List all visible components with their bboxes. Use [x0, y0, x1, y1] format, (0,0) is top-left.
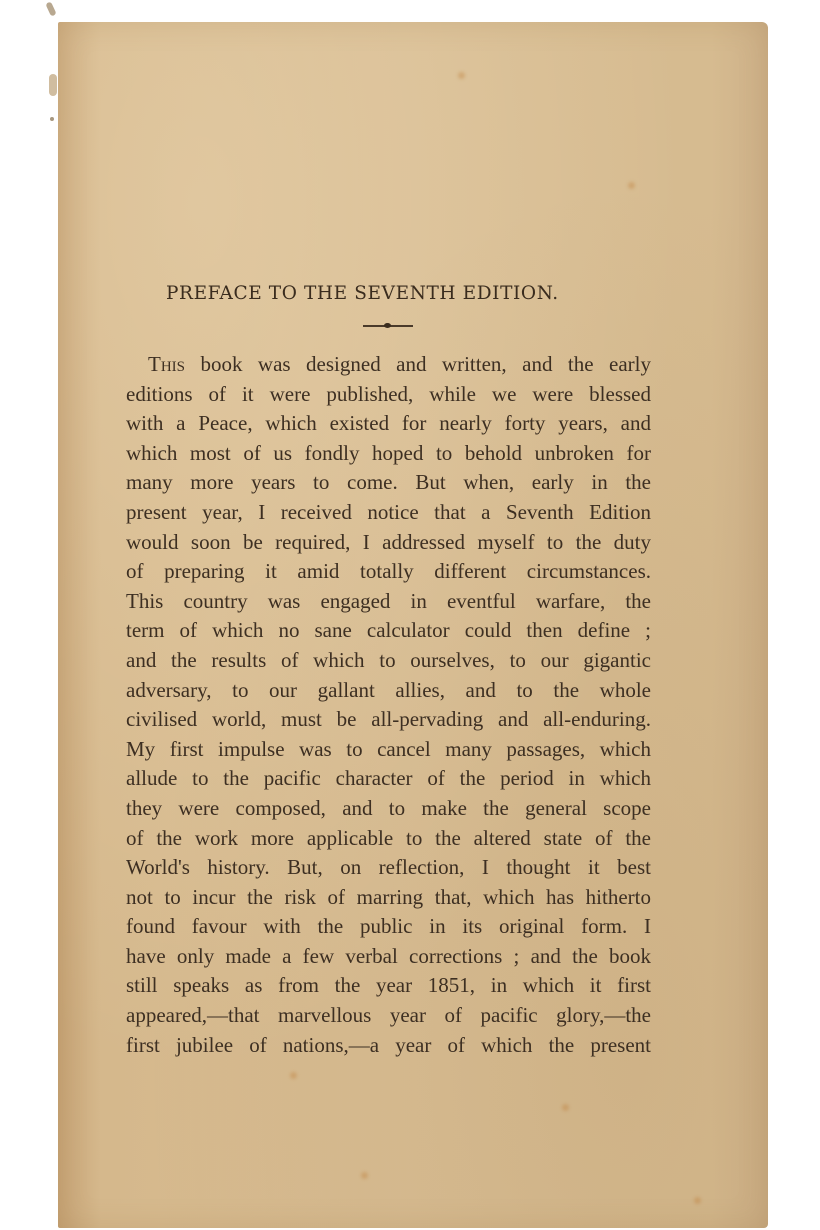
debris-speck [50, 117, 54, 121]
title-ornament-rule [363, 323, 413, 329]
foxing-spot [361, 1172, 368, 1179]
text-line: still speaks as from the year 1851, in w… [126, 971, 651, 1001]
text-line: of the work more applicable to the alter… [126, 824, 651, 854]
text-line: first jubilee of nations,—a year of whic… [126, 1031, 651, 1061]
foxing-spot [562, 1104, 569, 1111]
text-line: with a Peace, which existed for nearly f… [126, 409, 651, 439]
drop-word: This [148, 352, 185, 376]
text-line: civilised world, must be all-pervading a… [126, 705, 651, 735]
debris-speck [45, 1, 56, 16]
foxing-spot [290, 1072, 297, 1079]
text-line: editions of it were published, while we … [126, 380, 651, 410]
text-line: present year, I received notice that a S… [126, 498, 651, 528]
text-line: This book was designed and written, and … [126, 350, 651, 380]
text-line: World's history. But, on reflection, I t… [126, 853, 651, 883]
text-line: many more years to come. But when, early… [126, 468, 651, 498]
text-line: of preparing it amid totally different c… [126, 557, 651, 587]
foxing-spot [628, 182, 635, 189]
text-line: My first impulse was to cancel many pass… [126, 735, 651, 765]
page-title: PREFACE TO THE SEVENTH EDITION. [166, 283, 622, 304]
text-line: would soon be required, I addressed myse… [126, 528, 651, 558]
debris-speck [49, 74, 57, 96]
text-line: allude to the pacific character of the p… [126, 764, 651, 794]
text-line: appeared,—that marvellous year of pacifi… [126, 1001, 651, 1031]
text-line: not to incur the risk of marring that, w… [126, 883, 651, 913]
scanned-book-page-scene: PREFACE TO THE SEVENTH EDITION. This boo… [0, 0, 820, 1230]
text-line: This country was engaged in eventful war… [126, 587, 651, 617]
text-line: term of which no sane calculator could t… [126, 616, 651, 646]
text-line: which most of us fondly hoped to behold … [126, 439, 651, 469]
text-line: have only made a few verbal corrections … [126, 942, 651, 972]
text-line: they were composed, and to make the gene… [126, 794, 651, 824]
text-line: found favour with the public in its orig… [126, 912, 651, 942]
foxing-spot [458, 72, 465, 79]
preface-body: This book was designed and written, and … [126, 350, 651, 1060]
text-line: and the results of which to ourselves, t… [126, 646, 651, 676]
text-line: adversary, to our gallant allies, and to… [126, 676, 651, 706]
ornament-dot-icon [384, 323, 391, 328]
foxing-spot [694, 1197, 701, 1204]
